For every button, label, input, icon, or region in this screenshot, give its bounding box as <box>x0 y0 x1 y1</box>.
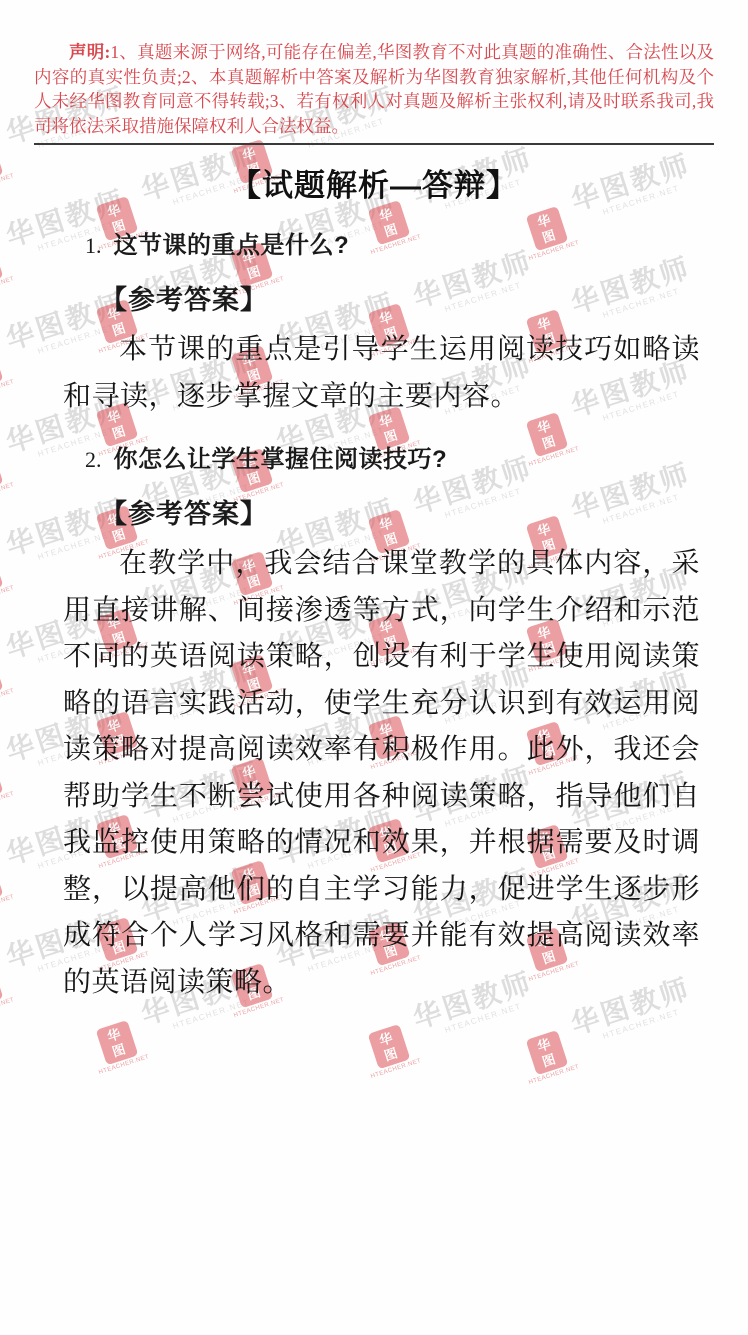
disclaimer-body: 1、真题来源于网络,可能存在偏差,华图教育不对此真题的准确性、合法性以及内容的真… <box>34 42 714 136</box>
document-content: 声明:1、真题来源于网络,可能存在偏差,华图教育不对此真题的准确性、合法性以及内… <box>0 0 748 1005</box>
watermark-badge-caption: HTEACHER.NET <box>370 1058 422 1080</box>
huatu-logo-icon: 华图 <box>367 1024 410 1069</box>
separator-line <box>34 143 714 145</box>
watermark-badge-caption: HTEACHER.NET <box>98 1054 150 1076</box>
answer-paragraph-2: 在教学中，我会结合课堂教学的具体内容，采用直接讲解、间接渗透等方式，向学生介绍和… <box>63 540 700 1005</box>
answer-paragraph-1: 本节课的重点是引导学生运用阅读技巧如略读和寻读，逐步掌握文章的主要内容。 <box>63 326 700 419</box>
question-item-2: 2.你怎么让学生掌握住阅读技巧? <box>85 445 748 475</box>
disclaimer-text: 声明:1、真题来源于网络,可能存在偏差,华图教育不对此真题的准确性、合法性以及内… <box>34 0 714 138</box>
question-item-1: 1.这节课的重点是什么? <box>85 231 748 261</box>
page-title: 【试题解析—答辩】 <box>0 160 748 205</box>
question-text: 你怎么让学生掌握住阅读技巧? <box>114 446 448 473</box>
huatu-logo-icon: 华图 <box>525 1030 568 1075</box>
watermark-en-text: HTEACHER.NET <box>602 1002 698 1041</box>
question-text: 这节课的重点是什么? <box>114 232 350 259</box>
question-number: 2. <box>85 447 102 472</box>
answer-label-1: 【参考答案】 <box>100 278 748 317</box>
huatu-logo-icon: 华图 <box>95 1020 138 1065</box>
answer-label-2: 【参考答案】 <box>100 492 748 531</box>
watermark-badge-caption: HTEACHER.NET <box>528 1064 580 1086</box>
disclaimer-label: 声明: <box>69 42 110 62</box>
document-page: 华图HTEACHER.NET华图教师HTEACHER.NET华图HTEACHER… <box>0 0 748 1335</box>
question-number: 1. <box>85 233 102 258</box>
